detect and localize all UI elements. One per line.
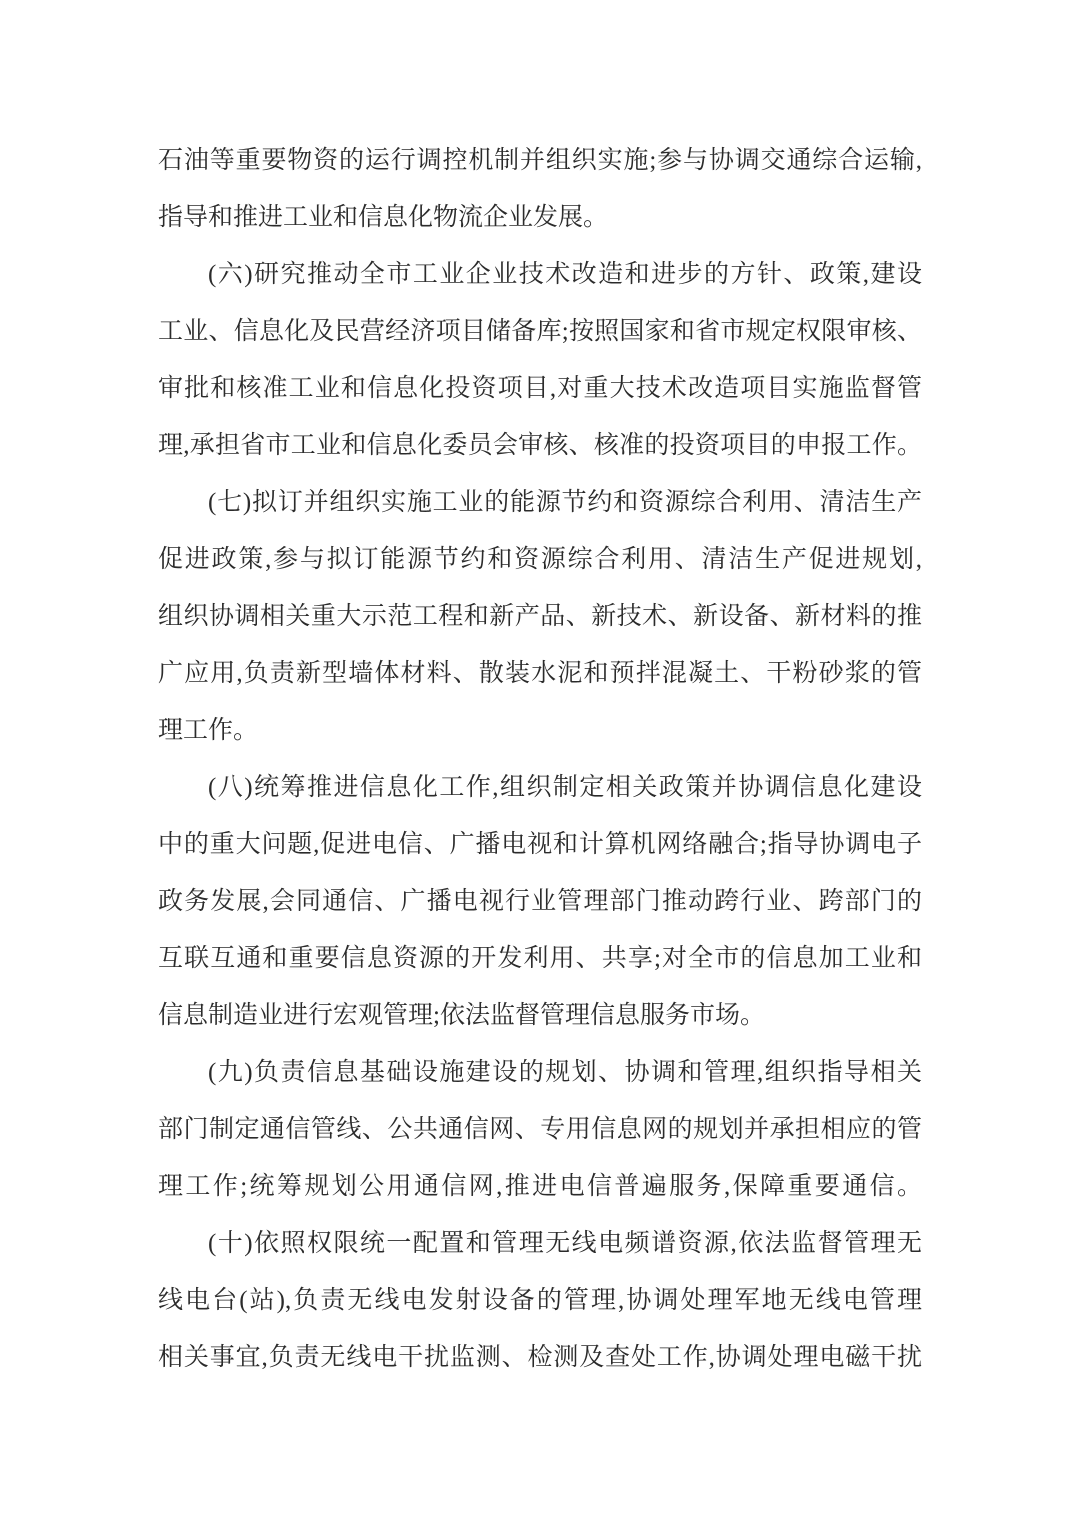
text-line: 理工作。: [158, 702, 922, 759]
text-line: 理工作;统筹规划公用通信网,推进电信普遍服务,保障重要通信。: [158, 1158, 922, 1215]
text-line: 促进政策,参与拟订能源节约和资源综合利用、清洁生产促进规划,: [158, 531, 922, 588]
text-line: 指导和推进工业和信息化物流企业发展。: [158, 189, 922, 246]
text-line: 线电台(站),负责无线电发射设备的管理,协调处理军地无线电管理: [158, 1272, 922, 1329]
text-line: (七)拟订并组织实施工业的能源节约和资源综合利用、清洁生产: [158, 474, 922, 531]
text-line: 广应用,负责新型墙体材料、散装水泥和预拌混凝土、干粉砂浆的管: [158, 645, 922, 702]
text-line: 信息制造业进行宏观管理;依法监督管理信息服务市场。: [158, 987, 922, 1044]
text-line: 石油等重要物资的运行调控机制并组织实施;参与协调交通综合运输,: [158, 132, 922, 189]
text-line: (十)依照权限统一配置和管理无线电频谱资源,依法监督管理无: [158, 1215, 922, 1272]
text-line: 组织协调相关重大示范工程和新产品、新技术、新设备、新材料的推: [158, 588, 922, 645]
document-text-block: 石油等重要物资的运行调控机制并组织实施;参与协调交通综合运输,指导和推进工业和信…: [158, 132, 922, 1386]
text-line: 政务发展,会同通信、广播电视行业管理部门推动跨行业、跨部门的: [158, 873, 922, 930]
text-line: 相关事宜,负责无线电干扰监测、检测及查处工作,协调处理电磁干扰: [158, 1329, 922, 1386]
text-line: 互联互通和重要信息资源的开发利用、共享;对全市的信息加工业和: [158, 930, 922, 987]
text-line: (九)负责信息基础设施建设的规划、协调和管理,组织指导相关: [158, 1044, 922, 1101]
text-line: 部门制定通信管线、公共通信网、专用信息网的规划并承担相应的管: [158, 1101, 922, 1158]
text-line: 工业、信息化及民营经济项目储备库;按照国家和省市规定权限审核、: [158, 303, 922, 360]
text-line: 理,承担省市工业和信息化委员会审核、核准的投资项目的申报工作。: [158, 417, 922, 474]
text-line: (六)研究推动全市工业企业技术改造和进步的方针、政策,建设: [158, 246, 922, 303]
text-line: 审批和核准工业和信息化投资项目,对重大技术改造项目实施监督管: [158, 360, 922, 417]
text-line: 中的重大问题,促进电信、广播电视和计算机网络融合;指导协调电子: [158, 816, 922, 873]
text-line: (八)统筹推进信息化工作,组织制定相关政策并协调信息化建设: [158, 759, 922, 816]
document-page: 石油等重要物资的运行调控机制并组织实施;参与协调交通综合运输,指导和推进工业和信…: [0, 0, 1074, 1520]
